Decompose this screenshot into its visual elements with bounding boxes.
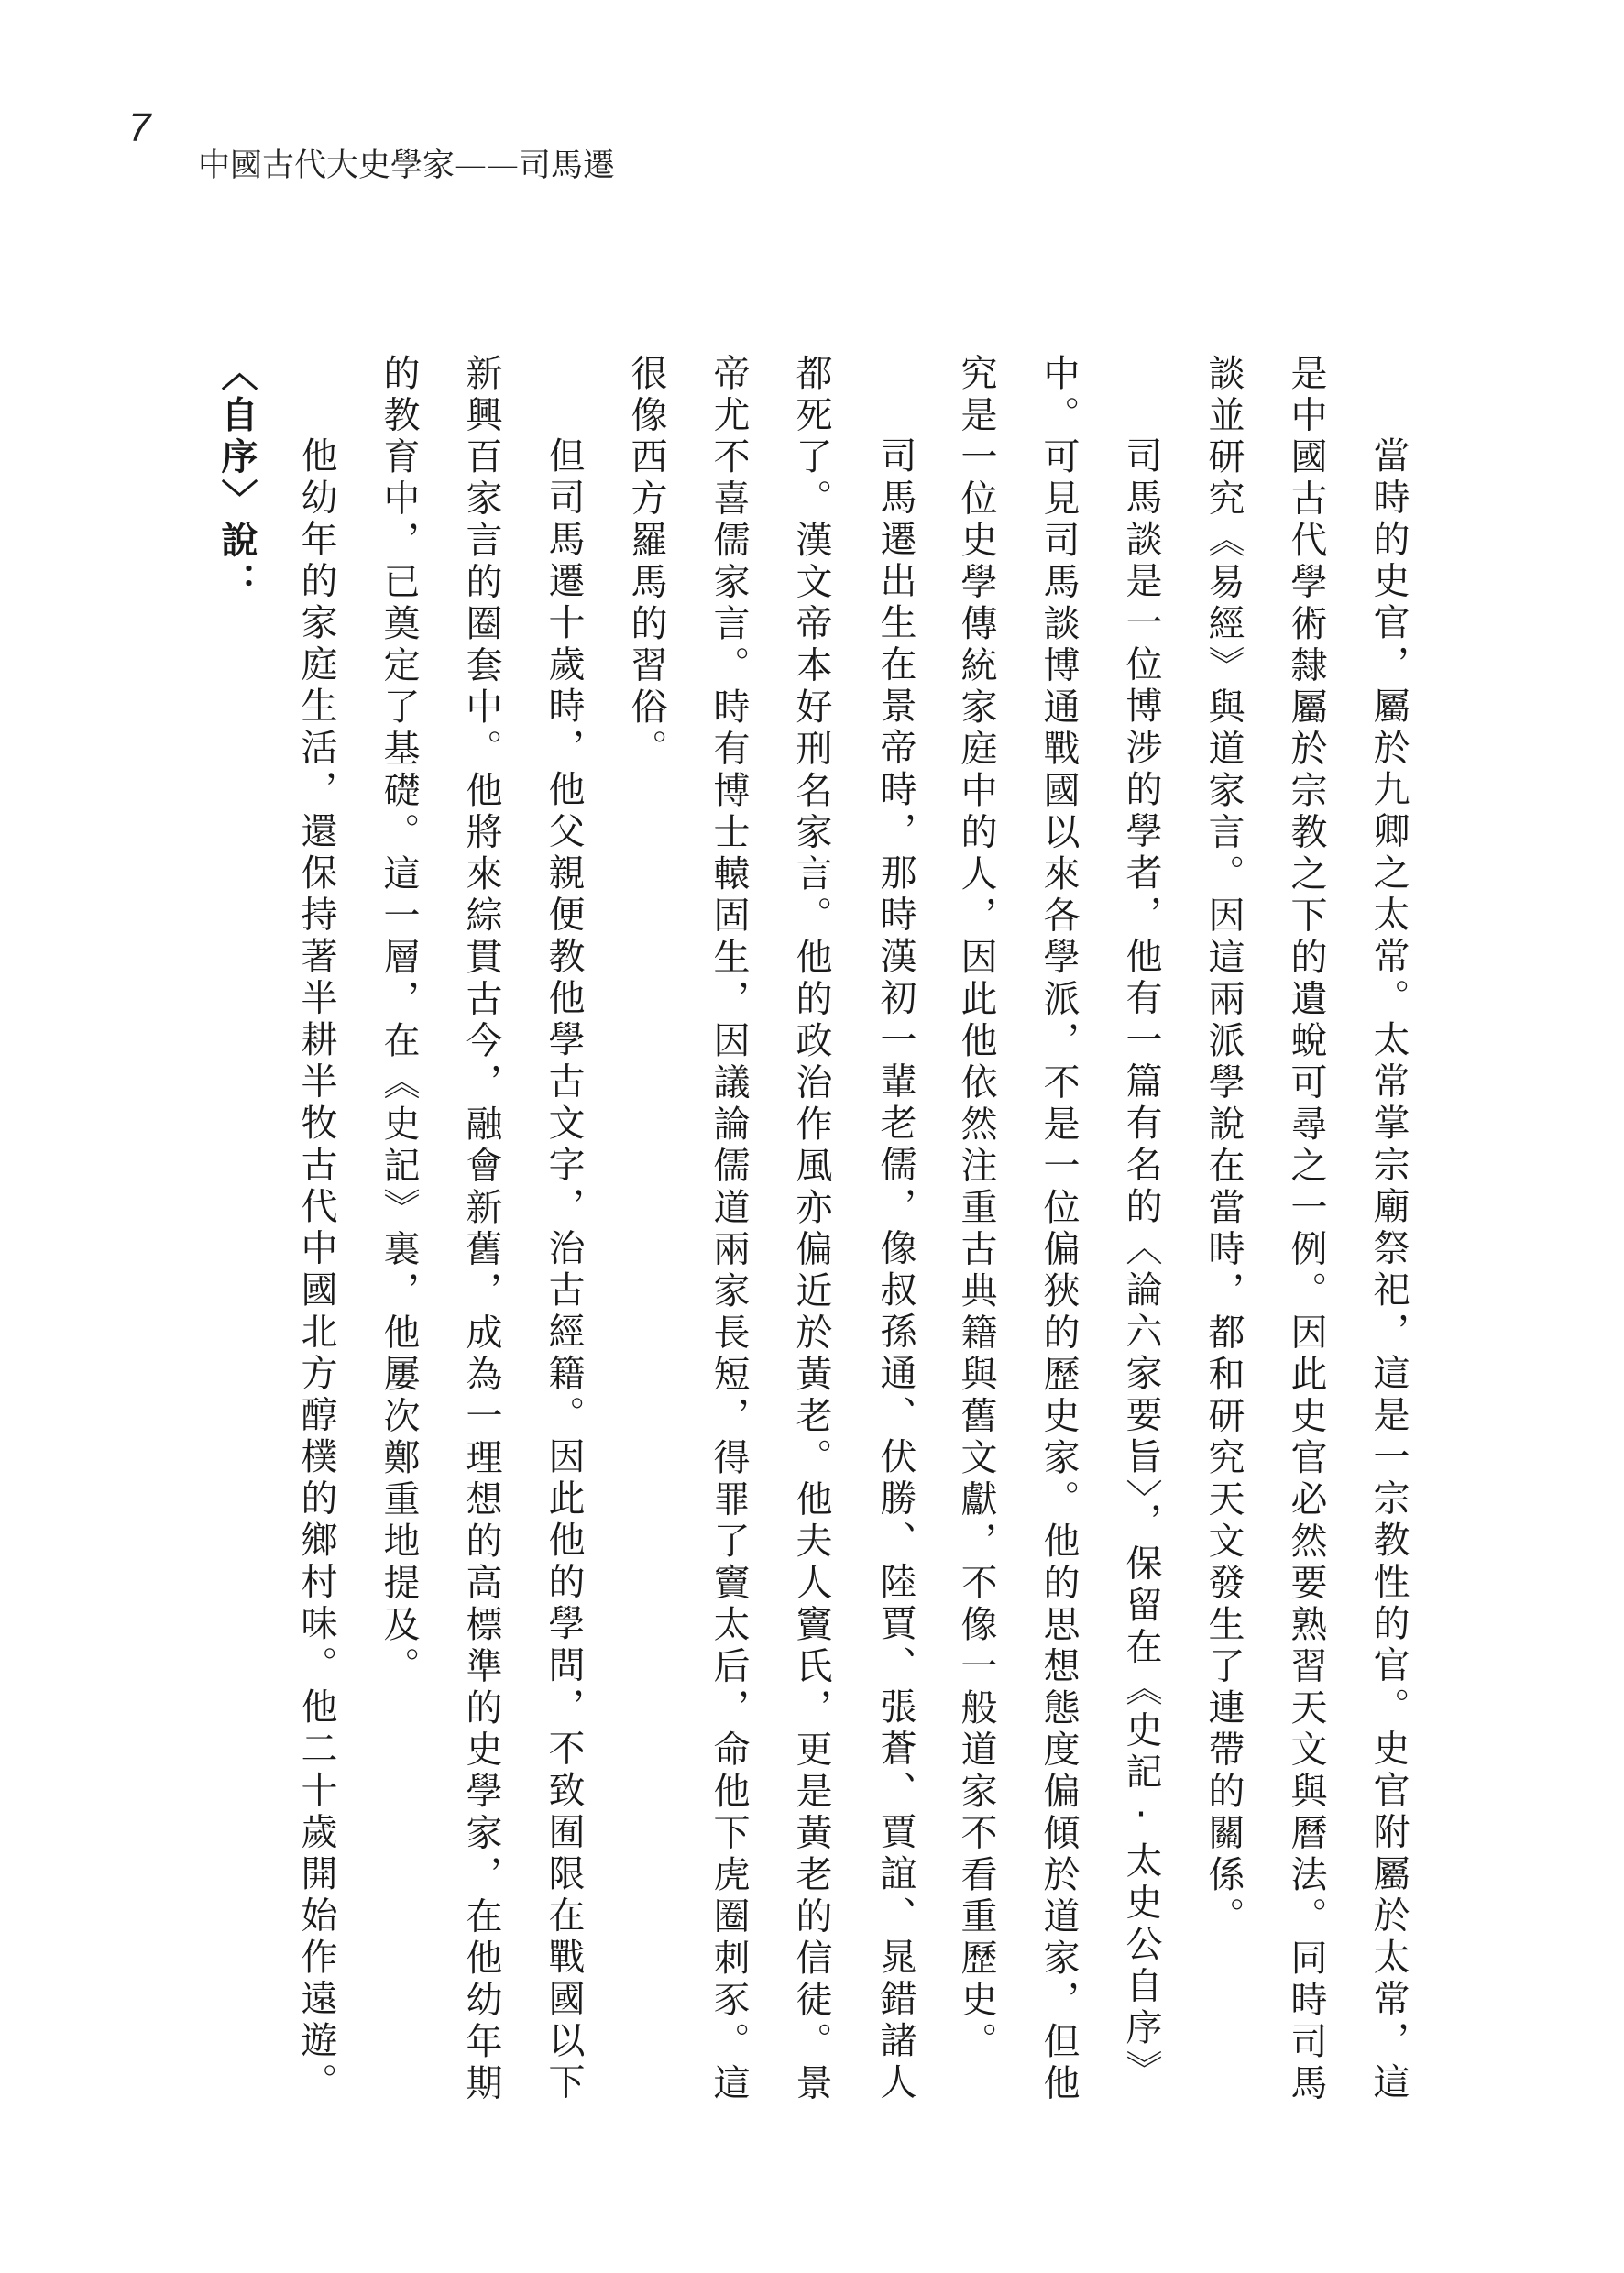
text-column-9: 帝尤不喜儒家言。時有博士轅固生，因議論儒道兩家長短，得罪了竇太后，命他下虎圈刺豕… <box>706 354 752 2105</box>
text-column-3: 談並研究《易經》與道家言。因這兩派學說在當時，都和研究天文發生了連帶的關係。 <box>1201 354 1246 1938</box>
text-column-13: 的教育中，已奠定了基礎。這一層，在《史記》裏，他屢次鄭重地提及。 <box>376 354 422 1688</box>
text-column-7: 司馬遷出生在景帝時，那時漢初一輩老儒，像叔孫通、伏勝、陸賈、張蒼、賈誼、晁錯諸人 <box>872 354 918 2104</box>
text-column-2: 是中國古代學術隸屬於宗教之下的遺蛻可尋之一例。因此史官必然要熟習天文與曆法。同時… <box>1283 354 1329 2105</box>
text-column-6: 究是一位史學傳統家庭中的人，因此他依然注重古典籍與舊文獻，不像一般道家不看重歷史… <box>953 354 999 2064</box>
vertical-text-body: 當時的史官，屬於九卿之太常。太常掌宗廟祭祀，這是一宗教性的官。史官附屬於太常，這… <box>0 0 1624 2273</box>
text-column-10: 很像西方羅馬的習俗。 <box>623 354 669 771</box>
text-column-5: 中。可見司馬談博通戰國以來各學派，不是一位偏狹的歷史家。他的思想態度偏傾於道家，… <box>1036 354 1081 2105</box>
text-column-4: 司馬談是一位博涉的學者，他有一篇有名的〈論六家要旨〉，保留在《史記‧太史公自序》 <box>1118 354 1164 2092</box>
text-column-14: 他幼年的家庭生活，還保持著半耕半牧古代中國北方醇樸的鄉村味。他二十歲開始作遠遊。 <box>293 354 339 2104</box>
text-column-1: 當時的史官，屬於九卿之太常。太常掌宗廟祭祀，這是一宗教性的官。史官附屬於太常，這 <box>1366 354 1411 2104</box>
text-column-11: 但司馬遷十歲時，他父親便教他學古文字，治古經籍。因此他的學問，不致囿限在戰國以下 <box>541 354 587 2104</box>
text-column-8: 都死了。漢文帝本好刑名家言。他的政治作風亦偏近於黃老。他夫人竇氏，更是黃老的信徒… <box>788 354 834 2105</box>
text-column-12: 新興百家言的圈套中。他將來綜貫古今，融會新舊，成為一理想的高標準的史學家，在他幼… <box>458 354 504 2105</box>
text-column-15: 〈自序〉說： <box>214 354 259 604</box>
